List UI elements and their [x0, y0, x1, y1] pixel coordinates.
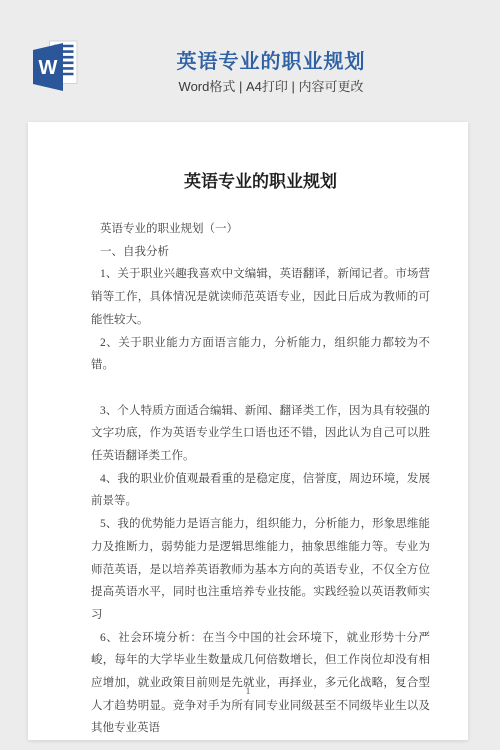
document-title: 英语专业的职业规划	[91, 169, 430, 194]
page-subtitle: Word格式 | A4打印 | 内容可更改	[42, 76, 500, 95]
doc-paragraph: 4、我的职业价值观最看重的是稳定度，信誉度，周边环境，发展前景等。	[91, 468, 430, 513]
doc-paragraph: 3、个人特质方面适合编辑、新闻、翻译类工作，因为具有较强的文字功底，作为英语专业…	[91, 400, 430, 468]
doc-paragraph: 2、关于职业能力方面语言能力，分析能力，组织能力都较为不错。	[91, 332, 430, 377]
doc-paragraph: 1、关于职业兴趣我喜欢中文编辑，英语翻译，新闻记者。市场营销等工作，具体情况是就…	[91, 263, 430, 331]
page-number: 1	[28, 686, 468, 696]
doc-paragraphs: 英语专业的职业规划（一）一、自我分析1、关于职业兴趣我喜欢中文编辑，英语翻译，新…	[91, 218, 430, 740]
doc-paragraph: 5、我的优势能力是语言能力，组织能力，分析能力，形象思维能力及推断力，弱势能力是…	[91, 513, 430, 627]
document-page[interactable]: 英语专业的职业规划 英语专业的职业规划（一）一、自我分析1、关于职业兴趣我喜欢中…	[28, 122, 468, 740]
doc-paragraph: 一、自我分析	[91, 241, 430, 264]
doc-paragraph: 6、社会环境分析：在当今中国的社会环境下，就业形势十分严峻，每年的大学毕业生数量…	[91, 627, 430, 741]
doc-paragraph: 英语专业的职业规划（一）	[91, 218, 430, 241]
page-title: 英语专业的职业规划	[42, 45, 500, 74]
preview-header: W 英语专业的职业规划 Word格式 | A4打印 | 内容可更改	[0, 0, 500, 122]
